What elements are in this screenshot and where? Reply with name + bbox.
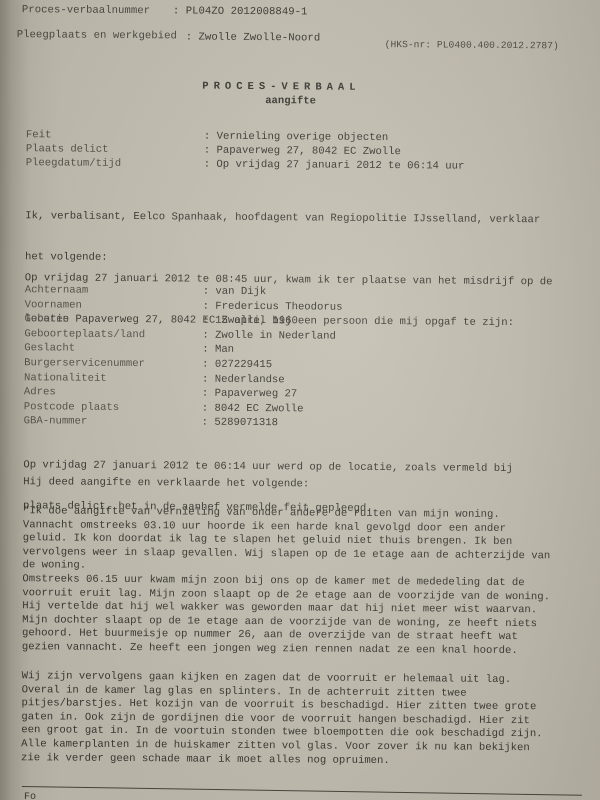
field-label: Pleegdatum/tijd bbox=[26, 157, 204, 170]
statement-paragraph-2: Wij zijn vervolgens gaan kijken en zagen… bbox=[21, 670, 543, 769]
person-row: Nationaliteit: Nederlandse bbox=[24, 372, 285, 386]
person-row: Geslacht: Man bbox=[24, 343, 234, 357]
intro-line: Ik, verbalisant, Eelco Spanhaak, hoofdag… bbox=[25, 210, 540, 228]
person-row: Geboorteplaats/land: Zwolle in Nederland bbox=[24, 328, 336, 342]
document-title: PROCES-VERBAAL bbox=[202, 81, 360, 94]
field-value: : 15 april 1960 bbox=[202, 315, 297, 328]
person-row: Geboren: 15 april 1960 bbox=[24, 313, 297, 327]
footer-fragment: Fo bbox=[24, 792, 36, 800]
field-label: Postcode plaats bbox=[24, 401, 202, 414]
person-row: Adres: Papaverweg 27 bbox=[24, 386, 297, 400]
case-row: Plaats delict: Papaverweg 27, 8042 EC Zw… bbox=[26, 143, 401, 158]
field-value: : Papaverweg 27, 8042 EC Zwolle bbox=[204, 145, 401, 159]
field-label: Achternaam bbox=[25, 284, 203, 297]
field-label: Geslacht bbox=[24, 343, 202, 356]
field-value: : van Dijk bbox=[203, 286, 267, 298]
field-label: Burgerservicenummer bbox=[24, 357, 202, 370]
person-row: Postcode plaats: 8042 EC Zwolle bbox=[24, 401, 304, 415]
case-row: Pleegdatum/tijd: Op vrijdag 27 januari 2… bbox=[26, 157, 465, 172]
field-label: Voornamen bbox=[25, 299, 203, 312]
case-row: Feit: Vernieling overige objecten bbox=[26, 129, 388, 144]
person-row: GBA-nummer: 5289071318 bbox=[24, 416, 278, 430]
document-subtitle: aangifte bbox=[265, 95, 316, 107]
field-label: Nationaliteit bbox=[24, 372, 202, 385]
field-label: Geboorteplaats/land bbox=[24, 328, 202, 341]
field-label: GBA-nummer bbox=[24, 416, 202, 429]
person-row: Achternaam: van Dijk bbox=[25, 284, 267, 298]
field-value: : Vernieling overige objecten bbox=[204, 131, 388, 144]
pv-number-label: Proces-verbaalnummer bbox=[22, 4, 150, 17]
pv-number-value: : PL04ZO 2012008849-1 bbox=[173, 5, 308, 18]
offense-line: Op vrijdag 27 januari 2012 te 06:14 uur … bbox=[23, 459, 513, 476]
hks-number: (HKS-nr: PL0400.400.2012.2787) bbox=[385, 39, 559, 51]
field-label: Adres bbox=[24, 386, 202, 399]
document-page: Proces-verbaalnummer : PL04ZO 2012008849… bbox=[0, 0, 600, 800]
field-value: : 8042 EC Zwolle bbox=[202, 402, 304, 415]
field-label: Geboren bbox=[24, 313, 202, 326]
field-value: : 5289071318 bbox=[202, 417, 278, 430]
field-label: Plaats delict bbox=[26, 143, 204, 156]
statement-paragraph-1: "Ik doe aangifte van vernieling van onde… bbox=[22, 505, 551, 659]
location-label: Pleegplaats en werkgebied bbox=[17, 29, 177, 42]
person-row: Voornamen: Fredericus Theodorus bbox=[25, 299, 343, 313]
location-value: : Zwolle Zwolle-Noord bbox=[186, 31, 321, 44]
declaration-intro: Hij deed aangifte en verklaarde het volg… bbox=[23, 476, 309, 492]
field-value: : Man bbox=[202, 344, 234, 356]
statement-line: gezien vannacht. Ze heeft een jongen weg… bbox=[22, 641, 550, 659]
field-value: : Op vrijdag 27 januari 2012 te 06:14 uu… bbox=[204, 159, 465, 173]
field-value: : Nederlandse bbox=[202, 373, 285, 386]
field-value: : Zwolle in Nederland bbox=[202, 329, 336, 342]
field-value: : 027229415 bbox=[202, 359, 272, 372]
person-row: Burgerservicenummer: 027229415 bbox=[24, 357, 272, 371]
field-value: : Papaverweg 27 bbox=[202, 388, 297, 401]
field-value: : Fredericus Theodorus bbox=[203, 300, 343, 313]
field-label: Feit bbox=[26, 129, 204, 142]
